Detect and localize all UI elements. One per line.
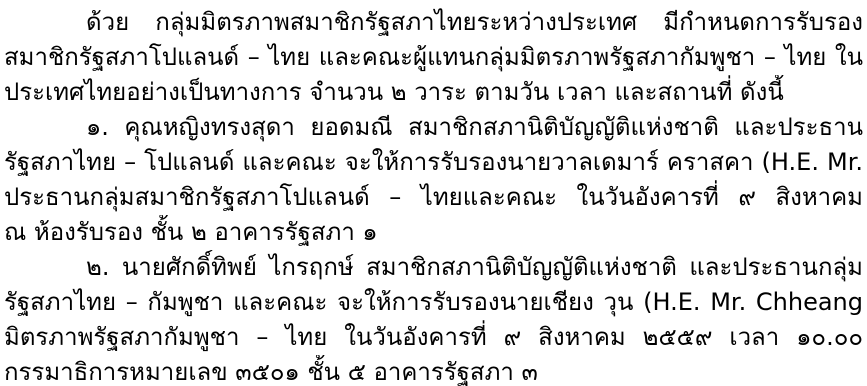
text-line: สมาชิกรัฐสภาโปแลนด์ – ไทย และคณะผู้แทนกล…: [4, 40, 863, 75]
text-line: ประธานกลุ่มสมาชิกรัฐสภาโปแลนด์ – ไทยและค…: [4, 180, 863, 215]
text-line: ประเทศไทยอย่างเป็นทางการ จำนวน ๒ วาระ ตา…: [4, 75, 863, 110]
text-line: รัฐสภาไทย – โปแลนด์ และคณะ จะให้การรับรอ…: [4, 145, 863, 180]
text-line: มิตรภาพรัฐสภากัมพูชา – ไทย ในวันอังคารที…: [4, 320, 863, 355]
paragraph-item-1: ๑. คุณหญิงทรงสุดา ยอดมณี สมาชิกสภานิติบั…: [4, 110, 863, 250]
text-line: ณ ห้องรับรอง ชั้น ๒ อาคารรัฐสภา ๑: [4, 215, 863, 250]
text-line: ๑. คุณหญิงทรงสุดา ยอดมณี สมาชิกสภานิติบั…: [4, 110, 863, 145]
text-line: ด้วย กลุ่มมิตรภาพสมาชิกรัฐสภาไทยระหว่างป…: [4, 5, 863, 40]
text-line: กรรมาธิการหมายเลข ๓๕๐๑ ชั้น ๕ อาคารรัฐสภ…: [4, 355, 863, 386]
document-page: ด้วย กลุ่มมิตรภาพสมาชิกรัฐสภาไทยระหว่างป…: [0, 0, 867, 386]
text-line: ๒. นายศักดิ์ทิพย์ ไกรฤกษ์ สมาชิกสภานิติบ…: [4, 250, 863, 285]
text-line: รัฐสภาไทย – กัมพูชา และคณะ จะให้การรับรอ…: [4, 285, 863, 320]
paragraph-item-2: ๒. นายศักดิ์ทิพย์ ไกรฤกษ์ สมาชิกสภานิติบ…: [4, 250, 863, 386]
paragraph-intro: ด้วย กลุ่มมิตรภาพสมาชิกรัฐสภาไทยระหว่างป…: [4, 5, 863, 110]
